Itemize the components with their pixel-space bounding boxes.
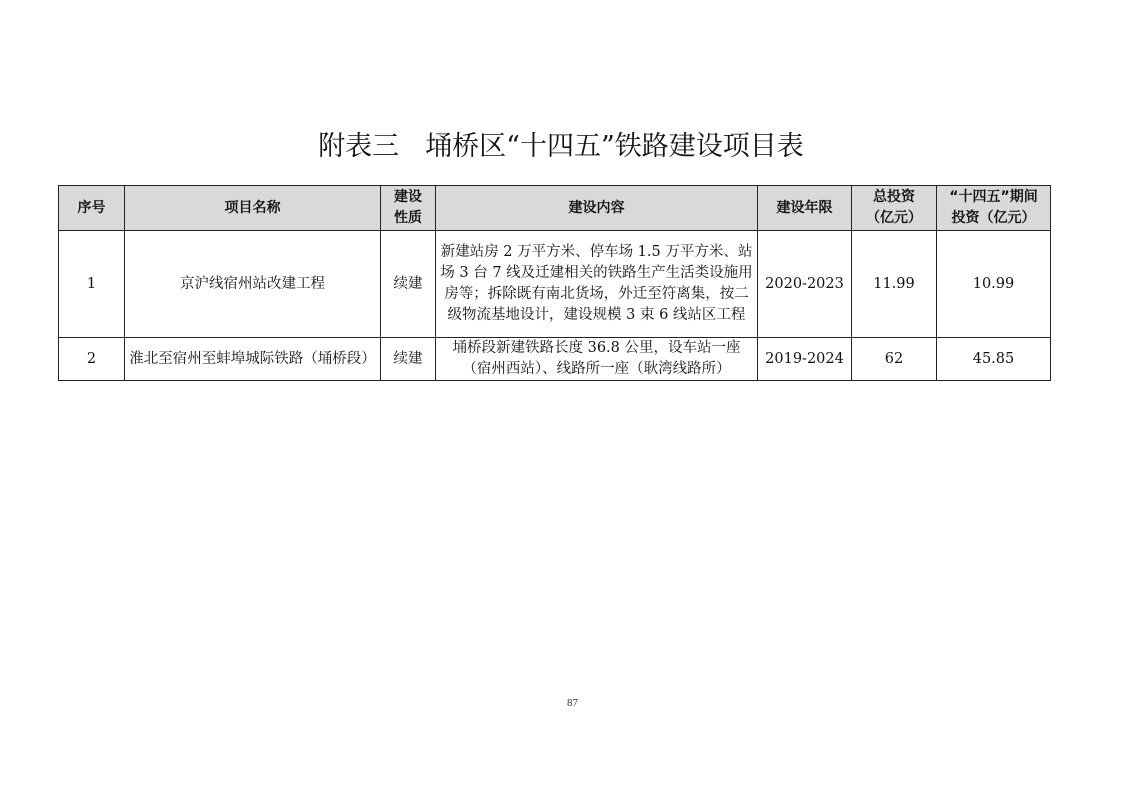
header-plan-investment: “十四五”期间投资（亿元） bbox=[937, 186, 1051, 231]
cell-nature: 续建 bbox=[381, 338, 436, 381]
cell-index: 1 bbox=[59, 231, 125, 338]
cell-plan-investment: 45.85 bbox=[937, 338, 1051, 381]
header-total-investment: 总投资（亿元） bbox=[852, 186, 937, 231]
cell-index: 2 bbox=[59, 338, 125, 381]
cell-name: 京沪线宿州站改建工程 bbox=[125, 231, 381, 338]
cell-total-investment: 62 bbox=[852, 338, 937, 381]
cell-name: 淮北至宿州至蚌埠城际铁路（埇桥段） bbox=[125, 338, 381, 381]
header-period: 建设年限 bbox=[758, 186, 852, 231]
project-table: 序号 项目名称 建设性质 建设内容 建设年限 总投资（亿元） “十四五”期间投资… bbox=[58, 185, 1051, 381]
page-title: 附表三埇桥区“十四五”铁路建设项目表 bbox=[0, 124, 1122, 163]
cell-content: 新建站房 2 万平方米、停车场 1.5 万平方米、站场 3 台 7 线及迁建相关… bbox=[436, 231, 758, 338]
header-total-line1: 总投资 bbox=[873, 189, 915, 205]
header-nature: 建设性质 bbox=[381, 186, 436, 231]
table-row: 1 京沪线宿州站改建工程 续建 新建站房 2 万平方米、停车场 1.5 万平方米… bbox=[59, 231, 1051, 338]
cell-content: 埇桥段新建铁路长度 36.8 公里，设车站一座（宿州西站）、线路所一座（耿湾线路… bbox=[436, 338, 758, 381]
header-nature-line2: 性质 bbox=[394, 210, 422, 226]
header-nature-line1: 建设 bbox=[394, 189, 422, 205]
page-number: 87 bbox=[0, 697, 1122, 709]
cell-nature: 续建 bbox=[381, 231, 436, 338]
header-total-line2: （亿元） bbox=[866, 210, 922, 226]
header-index: 序号 bbox=[59, 186, 125, 231]
table-row: 2 淮北至宿州至蚌埠城际铁路（埇桥段） 续建 埇桥段新建铁路长度 36.8 公里… bbox=[59, 338, 1051, 381]
header-plan-line2: 投资（亿元） bbox=[952, 210, 1036, 226]
table-header-row: 序号 项目名称 建设性质 建设内容 建设年限 总投资（亿元） “十四五”期间投资… bbox=[59, 186, 1051, 231]
title-prefix: 附表三 bbox=[318, 131, 399, 162]
title-main: 埇桥区“十四五”铁路建设项目表 bbox=[425, 131, 804, 162]
cell-plan-investment: 10.99 bbox=[937, 231, 1051, 338]
header-plan-line1: “十四五”期间 bbox=[949, 189, 1037, 205]
cell-period: 2020-2023 bbox=[758, 231, 852, 338]
cell-period: 2019-2024 bbox=[758, 338, 852, 381]
header-content: 建设内容 bbox=[436, 186, 758, 231]
cell-total-investment: 11.99 bbox=[852, 231, 937, 338]
header-name: 项目名称 bbox=[125, 186, 381, 231]
